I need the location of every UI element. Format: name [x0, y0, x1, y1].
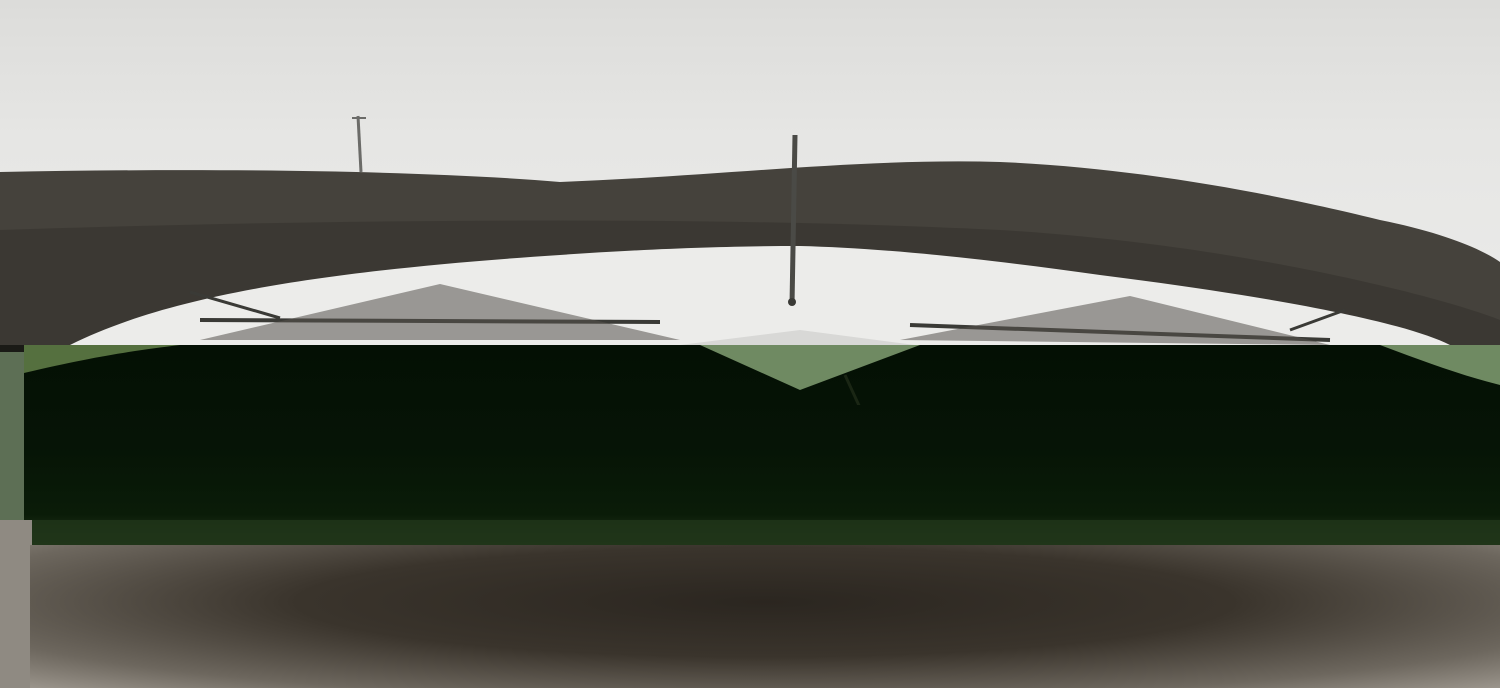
utility-pole [358, 116, 361, 172]
photo-frame [0, 0, 1500, 688]
kingpost [792, 135, 795, 305]
glitch-strip-green [24, 520, 1500, 545]
photo-border [0, 520, 32, 688]
hillside-scene [0, 0, 1500, 345]
sail-green-tint [0, 345, 1500, 405]
grass-field [30, 545, 1500, 688]
